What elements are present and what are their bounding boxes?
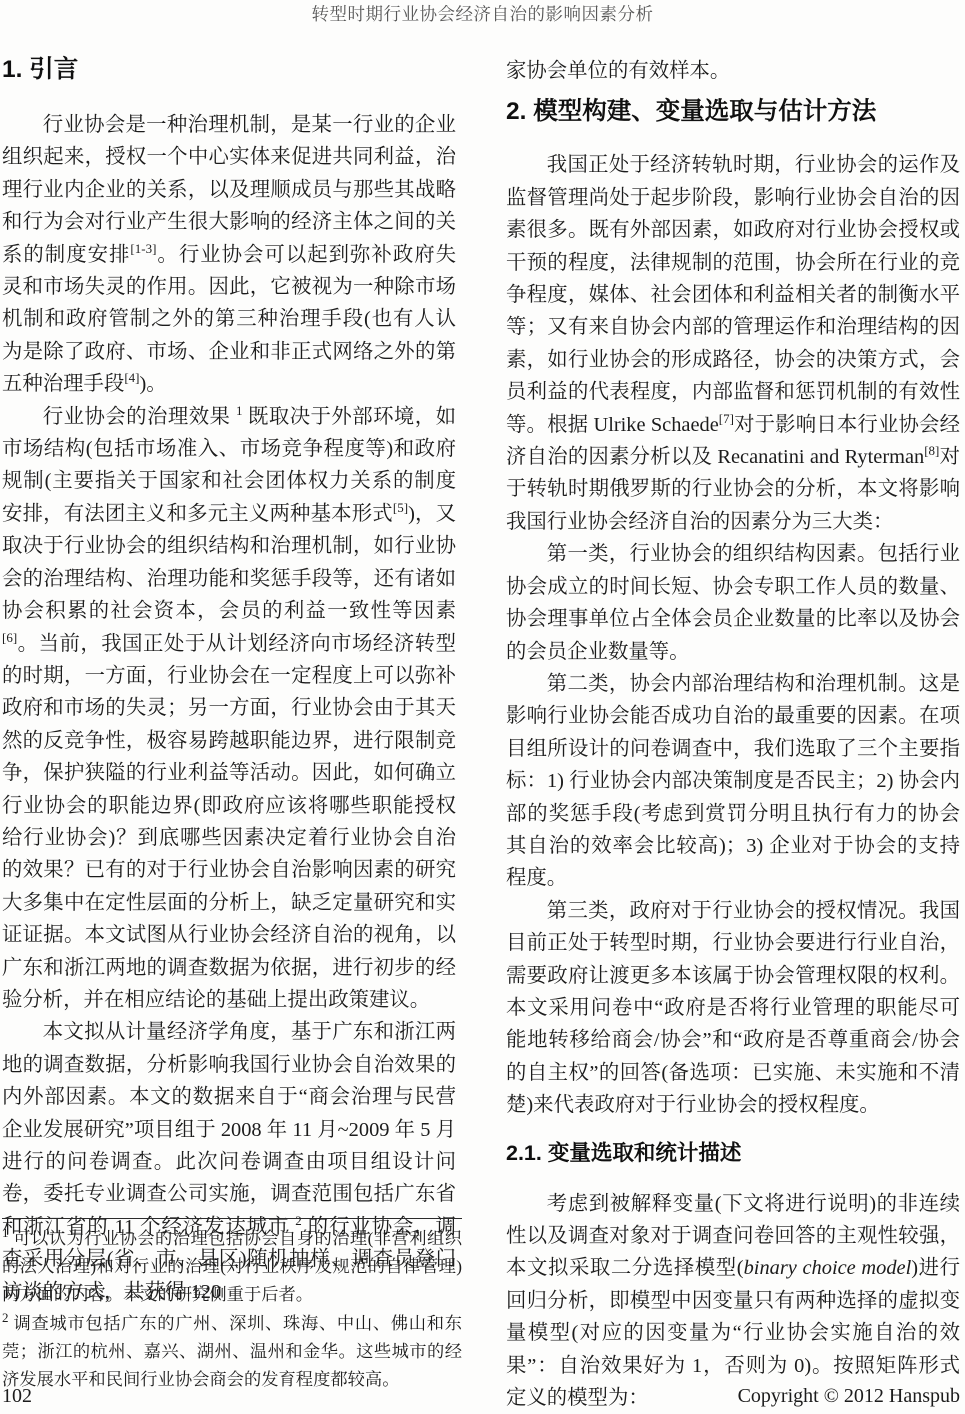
footnote-2: 2 调查城市包括广东的广州、深圳、珠海、中山、佛山和东莞；浙江的杭州、嘉兴、湖州… <box>2 1310 462 1395</box>
page-footer: 102 Copyright © 2012 Hanspub <box>2 1385 960 1408</box>
continuation-paragraph: 家协会单位的有效样本。 <box>506 55 960 87</box>
model-paragraph: 考虑到被解释变量(下文将进行说明)的非连续性以及调查对象对于调查问卷回答的主观性… <box>506 1188 960 1414</box>
intro-paragraph-2: 行业协会的治理效果 1 既取决于外部环境，如市场结构(包括市场准入、市场竞争程度… <box>2 401 456 1017</box>
copyright-notice: Copyright © 2012 Hanspub <box>738 1385 960 1408</box>
section-1-heading: 1. 引言 <box>2 55 456 85</box>
footnote-separator-rule <box>2 1218 462 1219</box>
page-number: 102 <box>2 1385 32 1408</box>
category-3-paragraph: 第三类，政府对于行业协会的授权情况。我国目前正处于转型时期，行业协会要进行行业自… <box>506 895 960 1122</box>
section-2-paragraph-1: 我国正处于经济转轨时期，行业协会的运作及监督管理尚处于起步阶段，影响行业协会自治… <box>506 149 960 538</box>
footnotes-block: 1 可以认为行业协会的治理包括协会自身的治理(非营利组织的法人治理)和对行业的治… <box>2 1218 462 1394</box>
left-column: 1. 引言 行业协会是一种治理机制，是某一行业的企业组织起来，授权一个中心实体来… <box>2 55 456 1308</box>
category-1-paragraph: 第一类，行业协会的组织结构因素。包括行业协会成立的时间长短、协会专职工作人员的数… <box>506 538 960 668</box>
paper-title: 转型时期行业协会经济自治的影响因素分析 <box>0 1 965 26</box>
footnote-1: 1 可以认为行业协会的治理包括协会自身的治理(非营利组织的法人治理)和对行业的治… <box>2 1225 462 1310</box>
category-2-paragraph: 第二类，协会内部治理结构和治理机制。这是影响行业协会能否成功自治的最重要的因素。… <box>506 668 960 895</box>
section-2-1-heading: 2.1. 变量选取和统计描述 <box>506 1140 960 1166</box>
intro-paragraph-1: 行业协会是一种治理机制，是某一行业的企业组织起来，授权一个中心实体来促进共同利益… <box>2 109 456 401</box>
section-2-heading: 2. 模型构建、变量选取与估计方法 <box>506 97 960 127</box>
right-column: 家协会单位的有效样本。 2. 模型构建、变量选取与估计方法 我国正处于经济转轨时… <box>506 55 960 1414</box>
